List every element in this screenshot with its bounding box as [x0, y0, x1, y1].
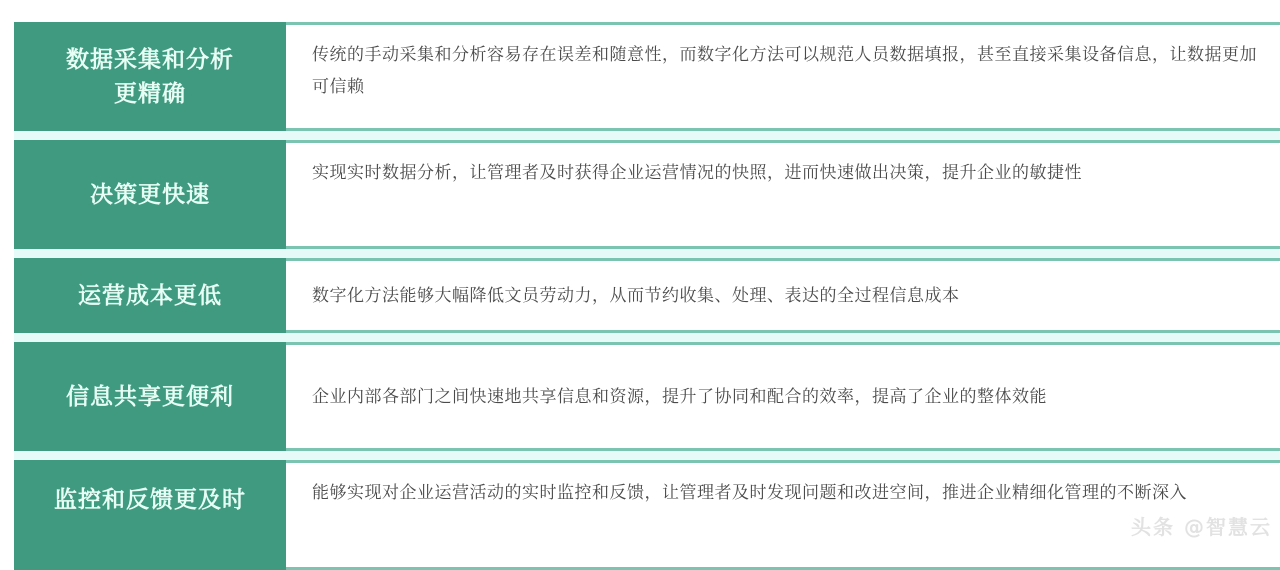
- table-row: 决策更快速 实现实时数据分析，让管理者及时获得企业运营情况的快照，进而快速做出决…: [14, 140, 1280, 249]
- row-title: 运营成本更低: [14, 258, 286, 333]
- row-description: 企业内部各部门之间快速地共享信息和资源，提升了协同和配合的效率，提高了企业的整体…: [286, 342, 1280, 451]
- row-description: 实现实时数据分析，让管理者及时获得企业运营情况的快照，进而快速做出决策，提升企业…: [286, 140, 1280, 249]
- row-description: 数字化方法能够大幅降低文员劳动力，从而节约收集、处理、表达的全过程信息成本: [286, 258, 1280, 333]
- table-row: 信息共享更便利 企业内部各部门之间快速地共享信息和资源，提升了协同和配合的效率，…: [14, 342, 1280, 451]
- row-divider: [14, 131, 1280, 140]
- row-divider: [14, 333, 1280, 342]
- watermark: 头条 @智慧云: [1131, 511, 1272, 540]
- table-row: 数据采集和分析 更精确 传统的手动采集和分析容易存在误差和随意性，而数字化方法可…: [14, 22, 1280, 131]
- row-description-text: 数字化方法能够大幅降低文员劳动力，从而节约收集、处理、表达的全过程信息成本: [312, 280, 960, 312]
- row-title-line2: 更精确: [66, 77, 234, 111]
- row-title: 数据采集和分析 更精确: [14, 22, 286, 131]
- row-title-line1: 数据采集和分析: [66, 43, 234, 77]
- row-title: 监控和反馈更及时: [14, 460, 286, 540]
- row-description-text: 企业内部各部门之间快速地共享信息和资源，提升了协同和配合的效率，提高了企业的整体…: [312, 381, 1047, 413]
- row-divider: [14, 249, 1280, 258]
- row-divider: [14, 451, 1280, 460]
- row-description: 传统的手动采集和分析容易存在误差和随意性，而数字化方法可以规范人员数据填报，甚至…: [286, 22, 1280, 131]
- table-row: 监控和反馈更及时 能够实现对企业运营活动的实时监控和反馈，让管理者及时发现问题和…: [14, 460, 1280, 540]
- table-row: 运营成本更低 数字化方法能够大幅降低文员劳动力，从而节约收集、处理、表达的全过程…: [14, 258, 1280, 333]
- row-title: 信息共享更便利: [14, 342, 286, 451]
- row-title: 决策更快速: [14, 140, 286, 249]
